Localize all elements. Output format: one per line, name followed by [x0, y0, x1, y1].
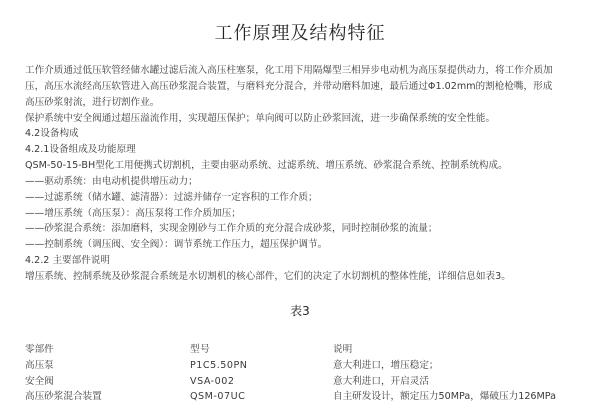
table-cell: 意大利进口，开启灵活: [333, 374, 429, 390]
section-heading: 4.2设备构成: [25, 126, 585, 142]
list-item: ——过滤系统（储水罐、滤清器）：过滤并储存一定容积的工作介质；: [25, 190, 585, 206]
paragraph-line: 高压砂浆射流，进行切割作业。: [25, 95, 585, 111]
header-cell: 说明: [333, 342, 352, 358]
table-cell: VSA-002: [190, 374, 234, 390]
table-cell: 自主研发设计，额定压力50MPa，爆破压力126MPa: [333, 389, 556, 405]
paragraph-line: 保护系统中安全阀通过超压溢流作用，实现超压保护；单向阀可以防止砂浆回流，进一步确…: [25, 111, 585, 127]
table-cell: 安全阀: [25, 374, 54, 390]
document-title: 工作原理及结构特征: [0, 22, 600, 46]
subsection-heading: 4.2.1设备组成及功能原理: [25, 142, 585, 158]
paragraph-line: 增压系统、控制系统及砂浆混合系统是水切割机的核心部件，它们的决定了水切割机的整体…: [25, 269, 585, 285]
list-item: ——砂浆混合系统：添加磨料，实现金刚砂与工作介质的充分混合成砂浆，同时控制砂浆的…: [25, 221, 585, 237]
table-caption: 表3: [0, 302, 600, 320]
table-cell: 意大利进口，增压稳定；: [333, 358, 439, 374]
table-cell: 高压砂浆混合装置: [25, 389, 102, 405]
paragraph-line: 工作介质通过低压软管经储水罐过滤后流入高压柱塞泵，化工用下用隔爆型三相异步电动机…: [25, 63, 585, 79]
subsection-heading: 4.2.2 主要部件说明: [25, 253, 585, 269]
list-item: ——增压系统（高压泵）：高压泵将工作介质加压；: [25, 206, 585, 222]
table-cell: 高压泵: [25, 358, 54, 374]
document-body: 工作介质通过低压软管经储水罐过滤后流入高压柱塞泵，化工用下用隔爆型三相异步电动机…: [25, 63, 585, 285]
list-item: ——控制系统（调压阀、安全阀）：调节系统工作压力，超压保护调节。: [25, 237, 585, 253]
header-cell: 型号: [190, 342, 210, 358]
header-cell: 零部件: [25, 342, 54, 358]
table-cell: P1C5.50PN: [190, 358, 247, 374]
paragraph-line: 压，高压水流经高压软管进入高压砂浆混合装置，与磨料充分混合，并带动磨料加速，最后…: [25, 79, 585, 95]
list-item: ——驱动系统：由电动机提供增压动力；: [25, 174, 585, 190]
table-cell: QSM-07UC: [190, 389, 245, 405]
paragraph-line: QSM-50-15-BH型化工用便携式切割机，主要由驱动系统、过滤系统、增压系统…: [25, 158, 585, 174]
